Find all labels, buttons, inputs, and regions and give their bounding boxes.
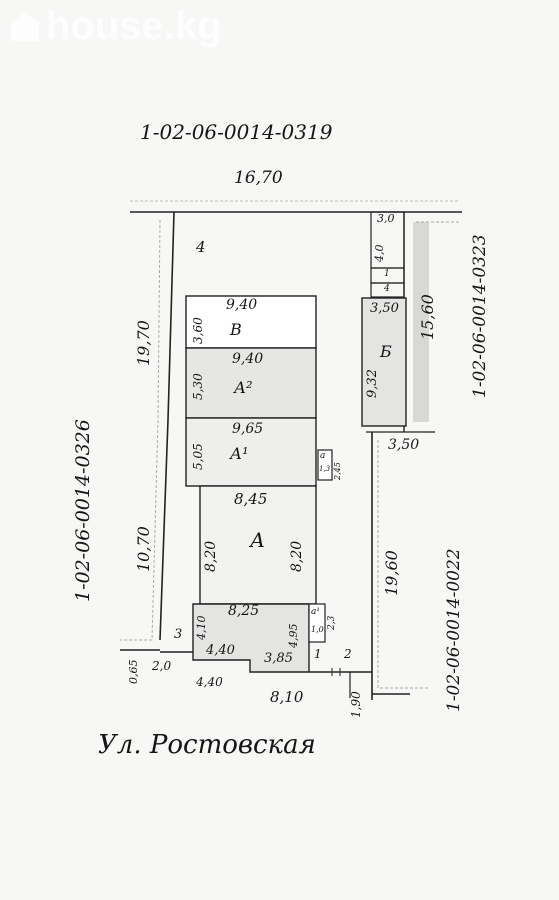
building-a-label: А (250, 530, 265, 550)
building-a-depth-right: 8,20 (290, 541, 304, 572)
annex-a1-w: 1,0 (311, 626, 324, 634)
dim-front-left-a: 0,65 (128, 660, 139, 685)
building-a-width: 8,45 (234, 492, 267, 507)
parcel-right-bottom-label: 1-02-06-0014-0022 (446, 548, 463, 712)
building-b-depth: 9,32 (366, 369, 379, 398)
dim-right-step: 3,50 (388, 438, 419, 452)
building-v-depth: 3,60 (192, 317, 204, 344)
shed-width: 3,0 (377, 213, 395, 224)
shed-depth: 4,0 (374, 245, 385, 263)
annex-a-w: 1,3 (319, 466, 330, 473)
street-label: Ул. Ростовская (98, 732, 316, 758)
annex-a-d: 2,45 (334, 462, 342, 480)
building-a2-depth: 5,30 (192, 373, 204, 400)
building-b-width: 3,50 (370, 302, 399, 315)
parcel-right-top-label: 1-02-06-0014-0323 (472, 234, 489, 398)
dim-front-left-b: 2,0 (152, 660, 171, 672)
front-width: 8,25 (228, 604, 259, 618)
gate-mark: 2 (344, 648, 352, 660)
dim-bottom-left: 4,40 (196, 676, 223, 688)
dim-right-upper: 15,60 (420, 294, 436, 340)
dim-right-lower: 19,60 (384, 550, 400, 596)
building-a2-label: А² (234, 380, 253, 396)
annex-a-label: а (320, 452, 325, 461)
building-b-label: Б (380, 344, 392, 360)
gate-mark-b: 1 (314, 648, 322, 660)
front-bottom-a: 4,40 (206, 644, 235, 657)
dim-bottom: 8,10 (270, 690, 303, 705)
building-v-label: В (230, 322, 242, 338)
building-a2-width: 9,40 (232, 352, 263, 366)
front-depth-left: 4,10 (196, 616, 207, 641)
yard-mark: 4 (196, 240, 206, 255)
shed-sub-a: 1 (384, 270, 390, 279)
dim-left-upper: 19,70 (136, 320, 152, 366)
building-a-depth-left: 8,20 (204, 541, 218, 572)
building-a1-label: А¹ (230, 446, 249, 462)
annex-a1-d: 2,3 (328, 616, 337, 630)
dim-top: 16,70 (234, 170, 283, 187)
shed-sub-b: 4 (384, 285, 390, 294)
building-v-width: 9,40 (226, 298, 257, 312)
building-a1-width: 9,65 (232, 422, 263, 436)
parcel-top-label: 1-02-06-0014-0319 (140, 122, 332, 142)
annex-a1-label: а¹ (311, 608, 320, 617)
front-bottom-b: 3,85 (264, 652, 293, 665)
dim-front-left-c: 3 (174, 628, 182, 641)
building-a1-depth: 5,05 (192, 443, 204, 470)
dim-left-lower: 10,70 (136, 526, 152, 572)
dim-bottom-right-offset: 1,90 (350, 691, 362, 718)
parcel-left-label: 1-02-06-0014-0326 (74, 419, 93, 602)
front-depth-right: 4,95 (288, 624, 299, 649)
